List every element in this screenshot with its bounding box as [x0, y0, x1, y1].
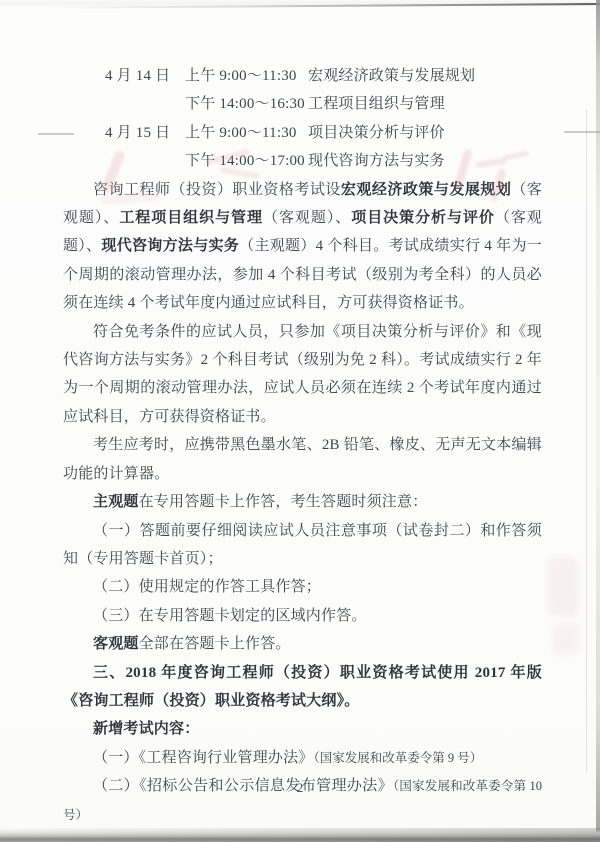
text-run: （客观题）、: [263, 210, 351, 226]
subject-name-bold: 现代咨询方法与实务: [101, 238, 239, 254]
schedule-subject: 现代咨询方法与实务: [308, 147, 542, 175]
document-body: 4 月 14 日 上午 9:00～11:30 宏观经济政策与发展规划 下午 14…: [63, 62, 542, 829]
keyword-bold: 主观题: [93, 494, 139, 510]
section-3-heading: 三、2018 年度咨询工程师（投资）职业资格考试使用 2017 年版《咨询工程师…: [63, 659, 542, 716]
schedule-date: [105, 90, 185, 118]
fold-mark-right: [564, 131, 600, 133]
paragraph-exemption: 符合免考条件的应试人员，只参加《项目决策分析与评价》和《现代咨询方法与实务》2 …: [63, 318, 542, 432]
scan-paper-top-edge-line: [40, 3, 600, 9]
schedule-row: 下午 14:00～16:30 工程项目组织与管理: [63, 90, 542, 118]
paragraph-tools: 考生应考时，应携带黑色墨水笔、2B 铅笔、橡皮、无声无文本编辑功能的计算器。: [63, 431, 542, 488]
schedule-date: [105, 147, 185, 175]
page-number: 2: [0, 780, 600, 796]
text-run: 在专用答题卡上作答，考生答题时须注意：: [139, 494, 428, 510]
new-content-heading: 新增考试内容：: [63, 715, 542, 743]
paragraph-objective-notice: 客观题全部在答题卡上作答。: [63, 630, 542, 658]
paragraph-subjective-notice: 主观题在专用答题卡上作答，考生答题时须注意：: [63, 488, 542, 516]
ink-bleed-mark: [553, 624, 579, 654]
schedule-time: 下午 14:00～16:30: [185, 90, 308, 118]
scan-paper-bottom-shade: [0, 828, 600, 842]
paragraph-subjects: 咨询工程师（投资）职业资格考试设宏观经济政策与发展规划（客观题）、工程项目组织与…: [63, 176, 542, 318]
scan-paper-bottom-edge: [0, 828, 600, 842]
schedule-time: 上午 9:00～11:30: [185, 119, 308, 147]
note-item-2: （二）使用规定的作答工具作答；: [63, 573, 542, 601]
schedule-row: 下午 14:00～17:00 现代咨询方法与实务: [63, 147, 542, 175]
scan-paper-top-edge: [0, 0, 600, 7]
subject-name-bold: 宏观经济政策与发展规划: [341, 182, 511, 198]
new-exam-item-1: （一）《工程咨询行业管理办法》（国家发展和改革委令第 9 号）: [63, 744, 542, 772]
scanned-page: 4 月 14 日 上午 9:00～11:30 宏观经济政策与发展规划 下午 14…: [0, 0, 600, 842]
text-run: 咨询工程师（投资）职业资格考试设: [93, 182, 341, 198]
schedule-subject: 工程项目组织与管理: [308, 90, 542, 118]
schedule-time: 上午 9:00～11:30: [185, 62, 308, 90]
regulation-note: （国家发展和改革委令第 9 号）: [314, 751, 483, 765]
schedule-row: 4 月 14 日 上午 9:00～11:30 宏观经济政策与发展规划: [63, 62, 542, 90]
schedule-row: 4 月 15 日 上午 9:00～11:30 项目决策分析与评价: [63, 119, 542, 147]
note-item-1: （一）答题前要仔细阅读应试人员注意事项（试卷封二）和作答须知（专用答题卡首页）；: [63, 517, 542, 574]
text-run: 全部在答题卡上作答。: [139, 636, 291, 652]
schedule-date: 4 月 14 日: [105, 62, 185, 90]
scan-paper-right-crease: [586, 110, 587, 772]
schedule-subject: 宏观经济政策与发展规划: [308, 62, 542, 90]
regulation-title: （一）《工程咨询行业管理办法》: [93, 750, 314, 766]
note-item-3: （三）在专用答题卡划定的区域内作答。: [63, 602, 542, 630]
schedule-subject: 项目决策分析与评价: [308, 119, 542, 147]
keyword-bold: 客观题: [93, 636, 139, 652]
ink-bleed-mark: [548, 558, 578, 616]
scan-paper-right-edge: [596, 0, 600, 842]
subject-name-bold: 工程项目组织与管理: [119, 210, 263, 226]
subject-name-bold: 项目决策分析与评价: [351, 210, 495, 226]
schedule-date: 4 月 15 日: [105, 119, 185, 147]
exam-schedule: 4 月 14 日 上午 9:00～11:30 宏观经济政策与发展规划 下午 14…: [63, 62, 542, 176]
schedule-time: 下午 14:00～17:00: [185, 147, 308, 175]
